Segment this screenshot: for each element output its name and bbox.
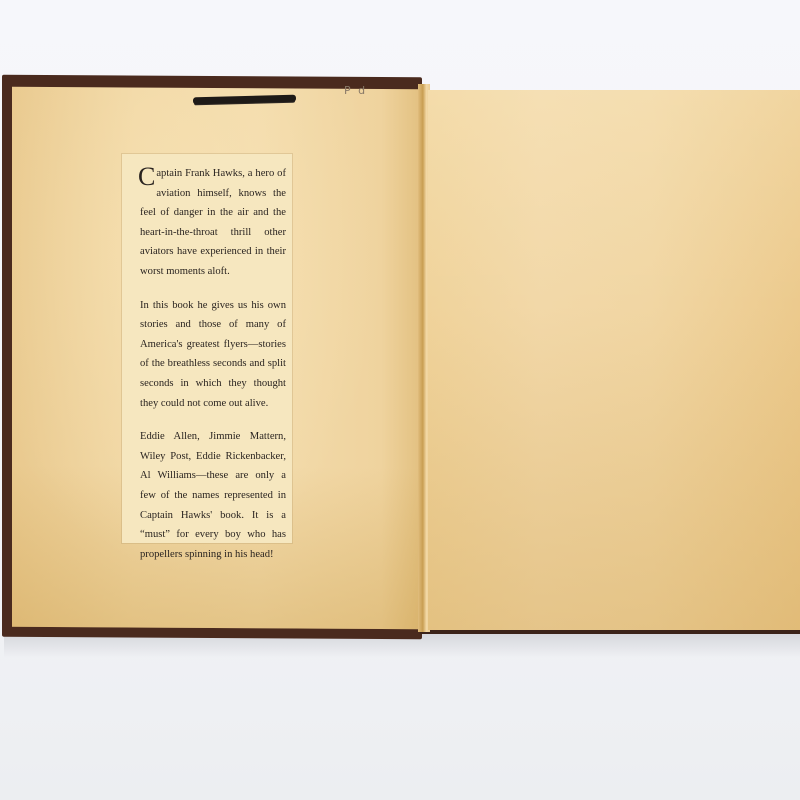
drop-cap: C xyxy=(138,166,155,188)
pencil-mark: P d xyxy=(344,84,367,97)
pasted-blurb-label: Captain Frank Hawks, a hero of aviation … xyxy=(122,154,292,543)
blurb-paragraph-2: In this book he gives us his own stories… xyxy=(140,296,286,414)
blank-endpaper-page xyxy=(428,90,800,630)
blurb-paragraph-3: Eddie Allen, Jimmie Mattern, Wiley Post,… xyxy=(140,427,286,564)
blurb-paragraph-1: Captain Frank Hawks, a hero of aviation … xyxy=(140,164,286,282)
